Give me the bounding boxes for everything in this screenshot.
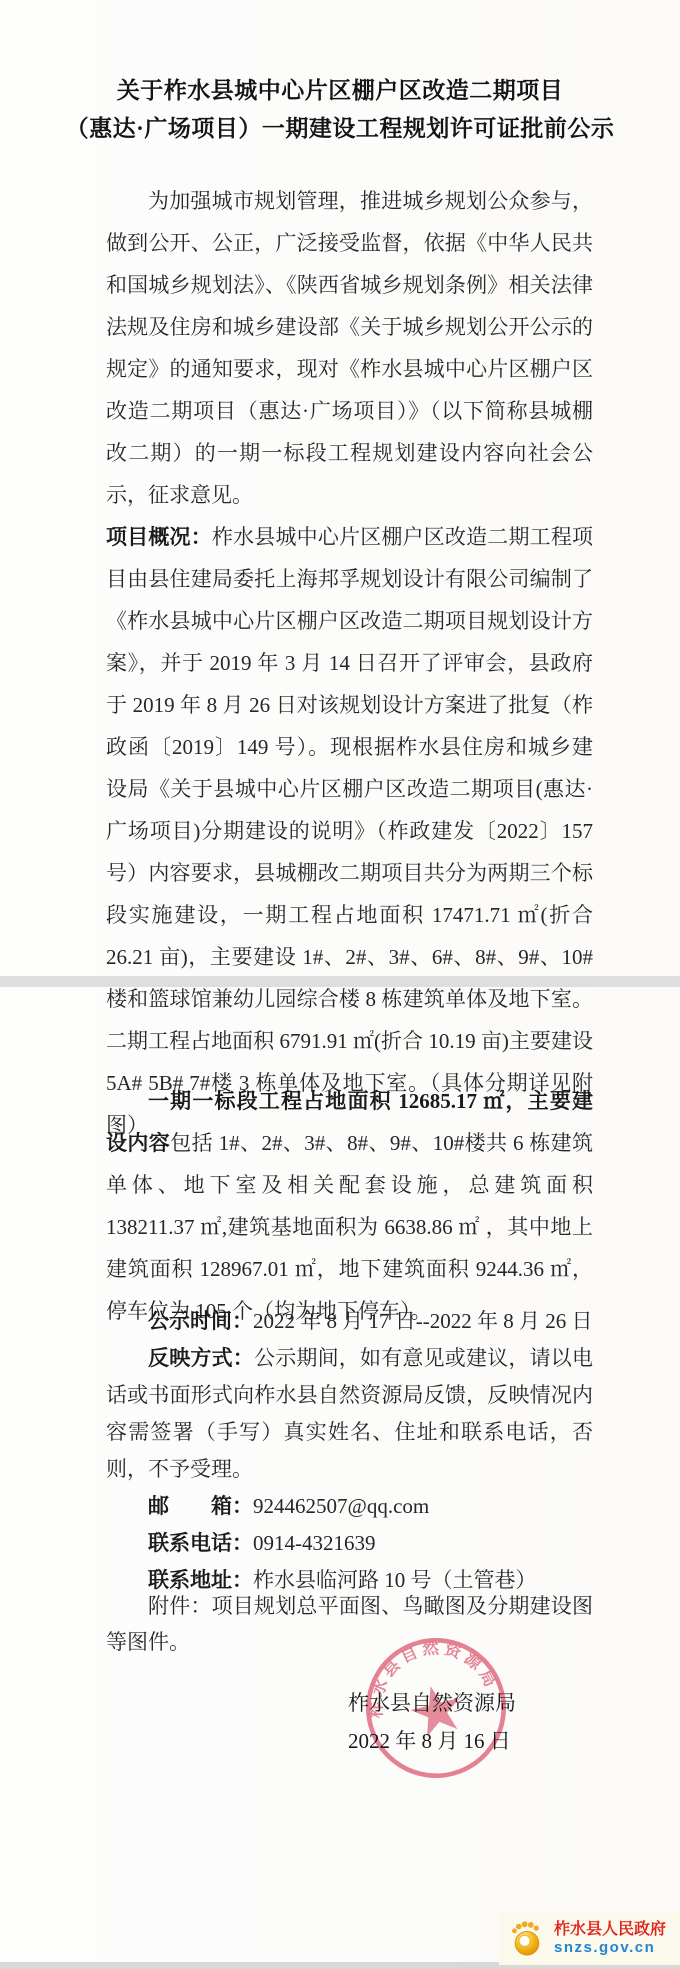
government-site-url: snzs.gov.cn <box>554 1939 666 1957</box>
publicity-period-line: 公示时间：2022 年 8 月 17 日--2022 年 8 月 26 日 <box>106 1303 593 1340</box>
notice-page: 关于柞水县城中心片区棚户区改造二期项目 （惠达·广场项目）一期建设工程规划许可证… <box>0 0 680 1969</box>
section-one-rest: 包括 1#、2#、3#、8#、9#、10#楼共 6 栋建筑单体、地下室及相关配套… <box>106 1131 593 1323</box>
signature-block: 柞水县自然资源局 2022 年 8 月 16 日 <box>348 1684 516 1760</box>
email-line: 邮 箱：924462507@qq.com <box>106 1488 593 1525</box>
overview-text: 柞水县城中心片区棚户区改造二期工程项目由县住建局委托上海邦孚规划设计有限公司编制… <box>106 525 593 1137</box>
attachment-line: 附件：项目规划总平面图、鸟瞰图及分期建设图等图件。 <box>106 1588 593 1660</box>
publicity-period-value: 2022 年 8 月 17 日--2022 年 8 月 26 日 <box>253 1309 593 1333</box>
intro-and-overview-section: 为加强城市规划管理，推进城乡规划公众参与，做到公开、公正，广泛接受监督，依据《中… <box>106 180 593 1146</box>
overview-paragraph: 项目概况：柞水县城中心片区棚户区改造二期工程项目由县住建局委托上海邦孚规划设计有… <box>106 516 593 1146</box>
section-one: 一期一标段工程占地面积 12685.17 ㎡，主要建设内容包括 1#、2#、3#… <box>106 1080 593 1332</box>
title-line-2: （惠达·广场项目）一期建设工程规划许可证批前公示 <box>30 110 650 148</box>
phone-line: 联系电话：0914-4321639 <box>106 1525 593 1562</box>
signing-date: 2022 年 8 月 16 日 <box>348 1722 516 1760</box>
contact-section: 公示时间：2022 年 8 月 17 日--2022 年 8 月 26 日 反映… <box>106 1303 593 1599</box>
phone-label: 联系电话： <box>148 1531 253 1555</box>
signing-organization: 柞水县自然资源局 <box>348 1684 516 1722</box>
section-one-paragraph: 一期一标段工程占地面积 12685.17 ㎡，主要建设内容包括 1#、2#、3#… <box>106 1080 593 1332</box>
intro-paragraph: 为加强城市规划管理，推进城乡规划公众参与，做到公开、公正，广泛接受监督，依据《中… <box>106 180 593 516</box>
overview-label: 项目概况： <box>106 525 212 549</box>
footprint-icon <box>508 1919 546 1957</box>
feedback-method-paragraph: 反映方式：公示期间，如有意见或建议，请以电话或书面形式向柞水县自然资源局反馈，反… <box>106 1340 593 1488</box>
government-site-watermark: 柞水县人民政府 snzs.gov.cn <box>499 1911 680 1965</box>
title-line-1: 关于柞水县城中心片区棚户区改造二期项目 <box>30 72 650 110</box>
page-title: 关于柞水县城中心片区棚户区改造二期项目 （惠达·广场项目）一期建设工程规划许可证… <box>30 72 650 148</box>
attachment-label: 附件： <box>148 1594 212 1618</box>
footer-site-identity: 柞水县人民政府 snzs.gov.cn <box>554 1920 666 1957</box>
attachment-section: 附件：项目规划总平面图、鸟瞰图及分期建设图等图件。 <box>106 1588 593 1660</box>
phone-value: 0914-4321639 <box>253 1531 376 1555</box>
email-label: 邮 箱： <box>148 1494 253 1518</box>
publicity-period-label: 公示时间： <box>148 1309 253 1333</box>
intro-text: 为加强城市规划管理，推进城乡规划公众参与，做到公开、公正，广泛接受监督，依据《中… <box>106 189 593 507</box>
email-value: 924462507@qq.com <box>253 1494 429 1518</box>
section-divider <box>0 976 680 987</box>
government-site-name: 柞水县人民政府 <box>554 1920 666 1939</box>
feedback-method-label: 反映方式： <box>148 1346 254 1370</box>
